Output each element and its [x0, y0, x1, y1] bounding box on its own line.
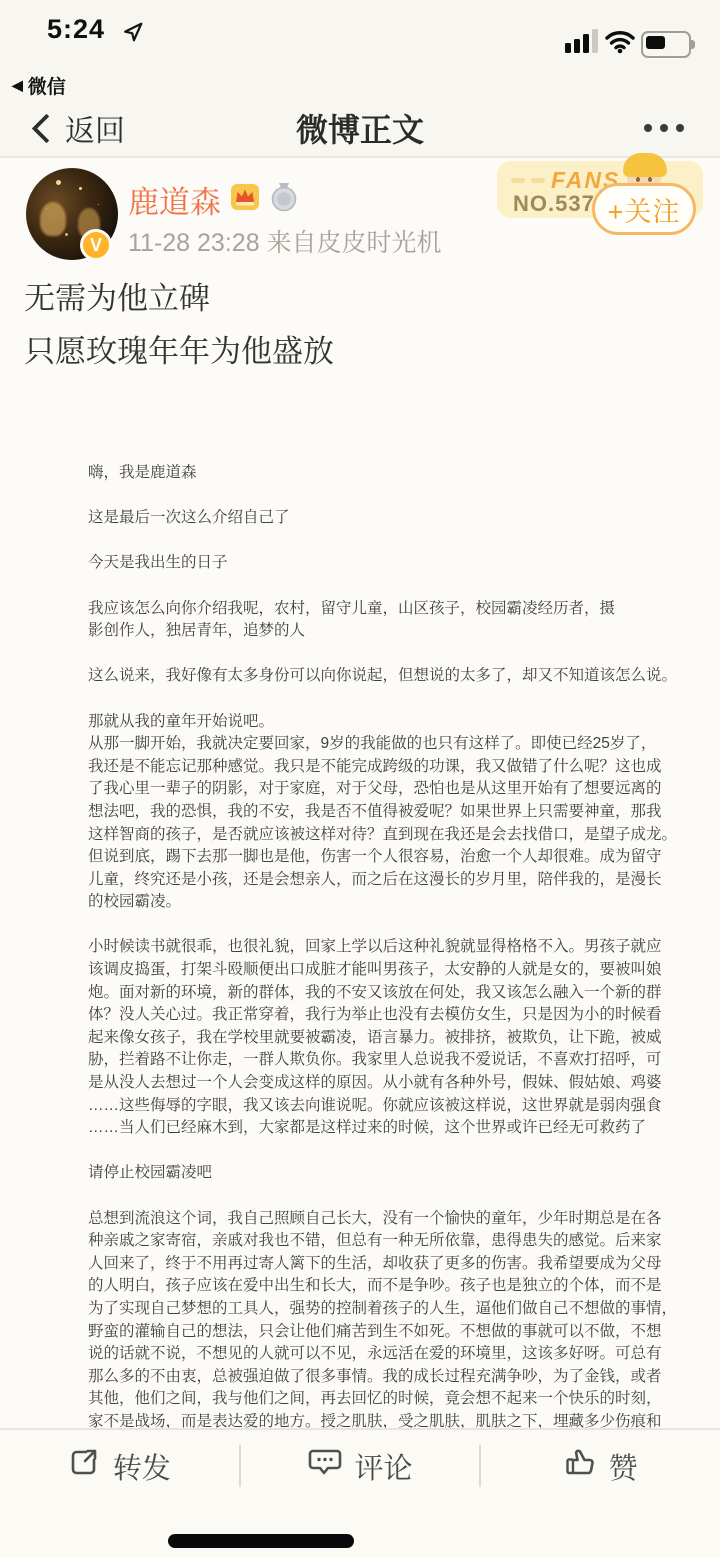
- back-to-wechat[interactable]: ◀ 微信: [12, 72, 66, 99]
- like-button[interactable]: 赞: [481, 1446, 720, 1487]
- body-text-line: 野蛮的灌输自己的想法，只会让他们痛苦到生不如死。不想做的事就可以不做，不想: [88, 1321, 652, 1344]
- paragraph-gap: [88, 485, 652, 508]
- home-indicator[interactable]: [168, 1534, 354, 1548]
- body-text-line: 该调皮捣蛋，打架斗殴顺便出口成脏才能叫男孩子，太安静的人就是女的，要被叫娘: [88, 959, 652, 982]
- body-text-line: 为了实现自己梦想的工具人，强势的控制着孩子的人生，逼他们做自己不想做的事情，: [88, 1298, 652, 1321]
- body-text-line: 种亲戚之家寄宿，亲戚对我也不错，但总有一种无所依靠，患得患失的感觉。后来家: [88, 1230, 652, 1253]
- page-title: 微博正文: [0, 100, 720, 156]
- repost-label: 转发: [113, 1446, 171, 1487]
- post-body: 嗨，我是鹿道森这是最后一次这么介绍自己了今天是我出生的日子我应该怎么向你介绍我呢…: [88, 462, 652, 1434]
- body-text-line: 这么说来，我好像有太多身份可以向你说起，但想说的太多了，却又不知道该怎么说。: [88, 665, 652, 688]
- body-text-line: 体？没人关心过。我正常穿着，我行为举止也没有去模仿女生，只是因为小的时候看: [88, 1004, 652, 1027]
- vip-crown-badge-icon: [230, 182, 260, 217]
- location-arrow-icon: [122, 21, 144, 48]
- back-triangle-icon: ◀: [12, 77, 23, 94]
- body-text-line: 请停止校园霸凌吧: [88, 1162, 652, 1185]
- body-text-line: 我应该怎么向你介绍我呢，农村，留守儿童，山区孩子，校园霸凌经历者，摄: [88, 598, 652, 621]
- body-text-line: 影创作人，独居青年，追梦的人: [88, 620, 652, 643]
- body-text-line: 那就从我的童年开始说吧。: [88, 711, 652, 734]
- body-text-line: 儿童，终究还是小孩，还是会想亲人，而之后在这漫长的岁月里，陪伴我的，是漫长: [88, 869, 652, 892]
- body-text-line: 小时候读书就很乖，也很礼貌，回家上学以后这种礼貌就显得格格不入。男孩子就应: [88, 936, 652, 959]
- fans-dash-decoration: [531, 178, 545, 183]
- post-title-text: 无需为他立碑 只愿玫瑰年年为他盛放: [24, 272, 334, 378]
- fans-dash-decoration: [511, 178, 525, 183]
- paragraph-gap: [88, 1140, 652, 1163]
- body-text-line: 其他，他们之间，我与他们之间，再去回忆的时候，竟会想不起来一个快乐的时刻，: [88, 1388, 652, 1411]
- like-label: 赞: [609, 1446, 638, 1487]
- body-text-line: 嗨，我是鹿道森: [88, 462, 652, 485]
- body-text-line: 人回来了，终于不用再过寄人篱下的生活，却收获了更多的伤害。我希望要成为父母: [88, 1253, 652, 1276]
- wifi-icon: [605, 30, 635, 59]
- nav-bar: 返回 微博正文: [0, 100, 720, 156]
- body-text-line: 的人明白，孩子应该在爱中出生和长大，而不是争吵。孩子也是独立的个体，而不是: [88, 1275, 652, 1298]
- body-text-line: 说的话就不说，不想见的人就可以不见，永远活在爱的环境里，这该多好呀。可总有: [88, 1343, 652, 1366]
- more-options-button[interactable]: [644, 100, 684, 156]
- body-text-line: 想法吧，我的恐惧，我的不安，我是否不值得被爱呢？如果世界上只需要神童，那我: [88, 801, 652, 824]
- paragraph-gap: [88, 643, 652, 666]
- comment-button[interactable]: 评论: [241, 1446, 480, 1487]
- body-text-line: 但说到底，踢下去那一脚也是他，伤害一个人很容易，治愈一个人却很难。成为留守: [88, 846, 652, 869]
- repost-button[interactable]: 转发: [0, 1446, 239, 1487]
- paragraph-gap: [88, 914, 652, 937]
- status-time: 5:24: [47, 14, 105, 45]
- action-toolbar: 转发 评论 赞: [0, 1428, 720, 1558]
- medal-badge-icon: [269, 182, 299, 217]
- body-text-line: 是从没人去想过一个人会变成这样的原因。从小就有各种外号，假妹、假姑娘、鸡婆: [88, 1072, 652, 1095]
- comment-icon: [308, 1446, 342, 1486]
- username[interactable]: 鹿道森: [128, 177, 221, 222]
- body-text-line: 的校园霸凌。: [88, 891, 652, 914]
- like-icon: [564, 1446, 596, 1486]
- paragraph-gap: [88, 1185, 652, 1208]
- nav-divider: [0, 156, 720, 158]
- cellular-signal-icon: [565, 29, 598, 53]
- post-title-line: 只愿玫瑰年年为他盛放: [24, 325, 334, 378]
- body-text-line: 今天是我出生的日子: [88, 552, 652, 575]
- body-text-line: 了我心里一辈子的阴影，对于家庭，对于父母，恐怕也是从这里开始有了想要远离的: [88, 778, 652, 801]
- repost-icon: [68, 1446, 100, 1486]
- body-text-line: 起来像女孩子，我在学校里就要被霸凌，语言暴力。被排挤，被欺负，让下跪，被威: [88, 1027, 652, 1050]
- verified-badge-icon: V: [80, 229, 112, 261]
- body-text-line: 炮。面对新的环境，新的群体，我的不安又该放在何处，我又该怎么融入一个新的群: [88, 982, 652, 1005]
- post-timestamp-source: 11-28 23:28 来自皮皮时光机: [128, 223, 442, 259]
- body-text-line: 总想到流浪这个词，我自己照顾自己长大，没有一个愉快的童年，少年时期总是在各: [88, 1208, 652, 1231]
- comment-label: 评论: [355, 1446, 413, 1487]
- post-title-line: 无需为他立碑: [24, 272, 334, 325]
- body-text-line: ……这些侮辱的字眼，我又该去向谁说呢。你就应该被这样说，这世界就是弱肉强食: [88, 1095, 652, 1118]
- paragraph-gap: [88, 530, 652, 553]
- body-text-line: 这样智商的孩子，是否就应该被这样对待？直到现在我还是会去找借口，是望子成龙。: [88, 824, 652, 847]
- body-text-line: 我还是不能忘记那种感觉。我只是不能完成跨级的功课，我又做错了什么呢？这也成: [88, 756, 652, 779]
- battery-icon: [641, 31, 691, 58]
- follow-button[interactable]: +关注: [592, 183, 696, 235]
- body-text-line: 从那一脚开始，我就决定要回家，9岁的我能做的也只有这样了。即使已经25岁了，: [88, 733, 652, 756]
- body-text-line: 这是最后一次这么介绍自己了: [88, 507, 652, 530]
- body-text-line: 那么多的不由衷，总被强迫做了很多事情。我的成长过程充满争吵，为了金钱，或者: [88, 1366, 652, 1389]
- paragraph-gap: [88, 688, 652, 711]
- body-text-line: ……当人们已经麻木到，大家都是这样过来的时候，这个世界或许已经无可救药了: [88, 1117, 652, 1140]
- weibo-post-screen: 5:24 ◀ 微信 返回 微博正文 V 鹿道森: [0, 0, 720, 1558]
- back-app-label: 微信: [28, 72, 66, 99]
- paragraph-gap: [88, 575, 652, 598]
- body-text-line: 胁，拦着路不让你走，一群人欺负你。我家里人总说我不爱说话，不喜欢打招呼，可: [88, 1049, 652, 1072]
